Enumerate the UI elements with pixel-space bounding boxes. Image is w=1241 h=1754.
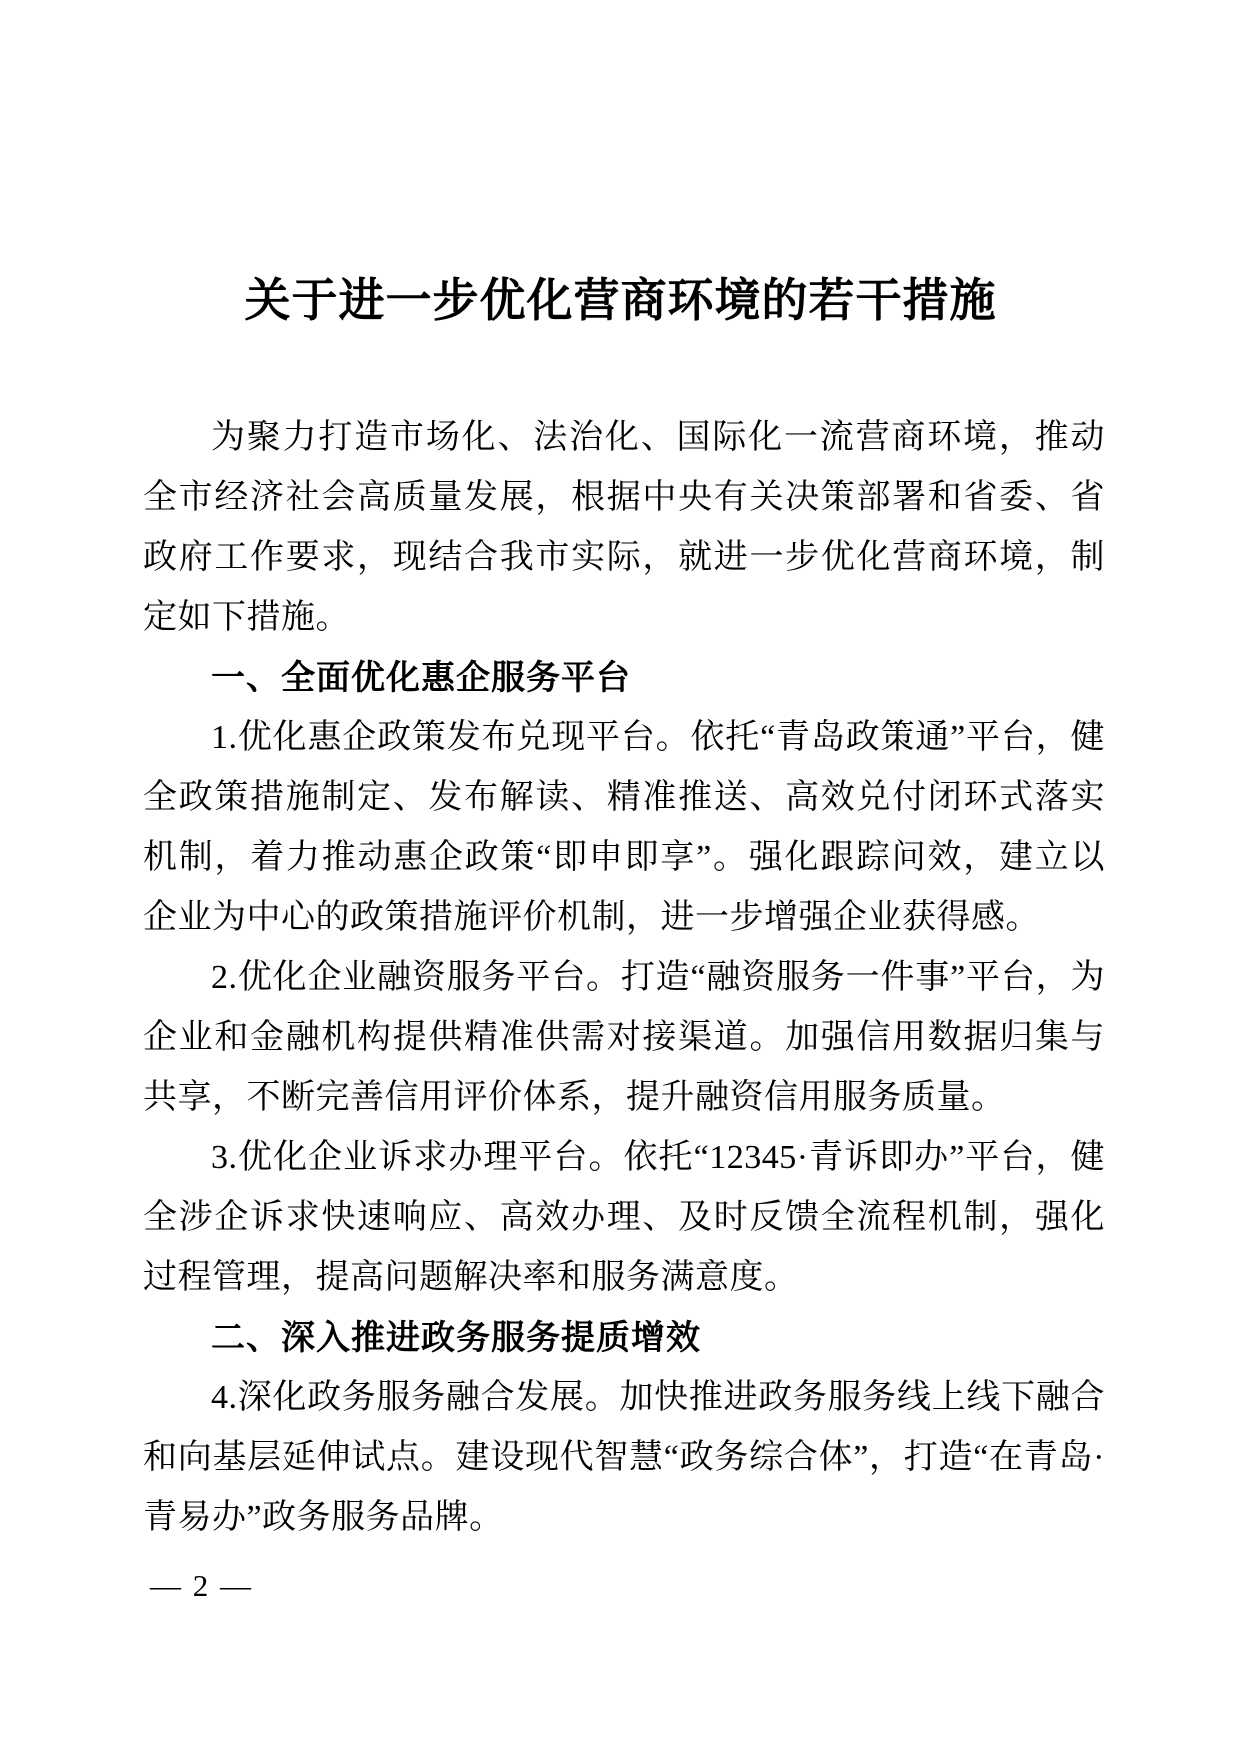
body-paragraph-item-1: 1.优化惠企政策发布兑现平台。依托“青岛政策通”平台，健全政策措施制定、发布解读… — [143, 708, 1105, 948]
page-number: — 2 — — [150, 1566, 253, 1606]
document-page: 关于进一步优化营商环境的若干措施 为聚力打造市场化、法治化、国际化一流营商环境，… — [0, 0, 1241, 1754]
body-paragraph-item-2: 2.优化企业融资服务平台。打造“融资服务一件事”平台，为企业和金融机构提供精准供… — [143, 948, 1105, 1128]
document-body: 为聚力打造市场化、法治化、国际化一流营商环境，推动全市经济社会高质量发展，根据中… — [143, 408, 1105, 1548]
section-heading-1: 一、全面优化惠企服务平台 — [143, 648, 1105, 708]
body-paragraph-item-4: 4.深化政务服务融合发展。加快推进政务服务线上线下融合和向基层延伸试点。建设现代… — [143, 1368, 1105, 1548]
body-paragraph-intro: 为聚力打造市场化、法治化、国际化一流营商环境，推动全市经济社会高质量发展，根据中… — [143, 408, 1105, 648]
body-paragraph-item-3: 3.优化企业诉求办理平台。依托“12345·青诉即办”平台，健全涉企诉求快速响应… — [143, 1128, 1105, 1308]
section-heading-2: 二、深入推进政务服务提质增效 — [143, 1308, 1105, 1368]
document-title: 关于进一步优化营商环境的若干措施 — [0, 272, 1241, 330]
